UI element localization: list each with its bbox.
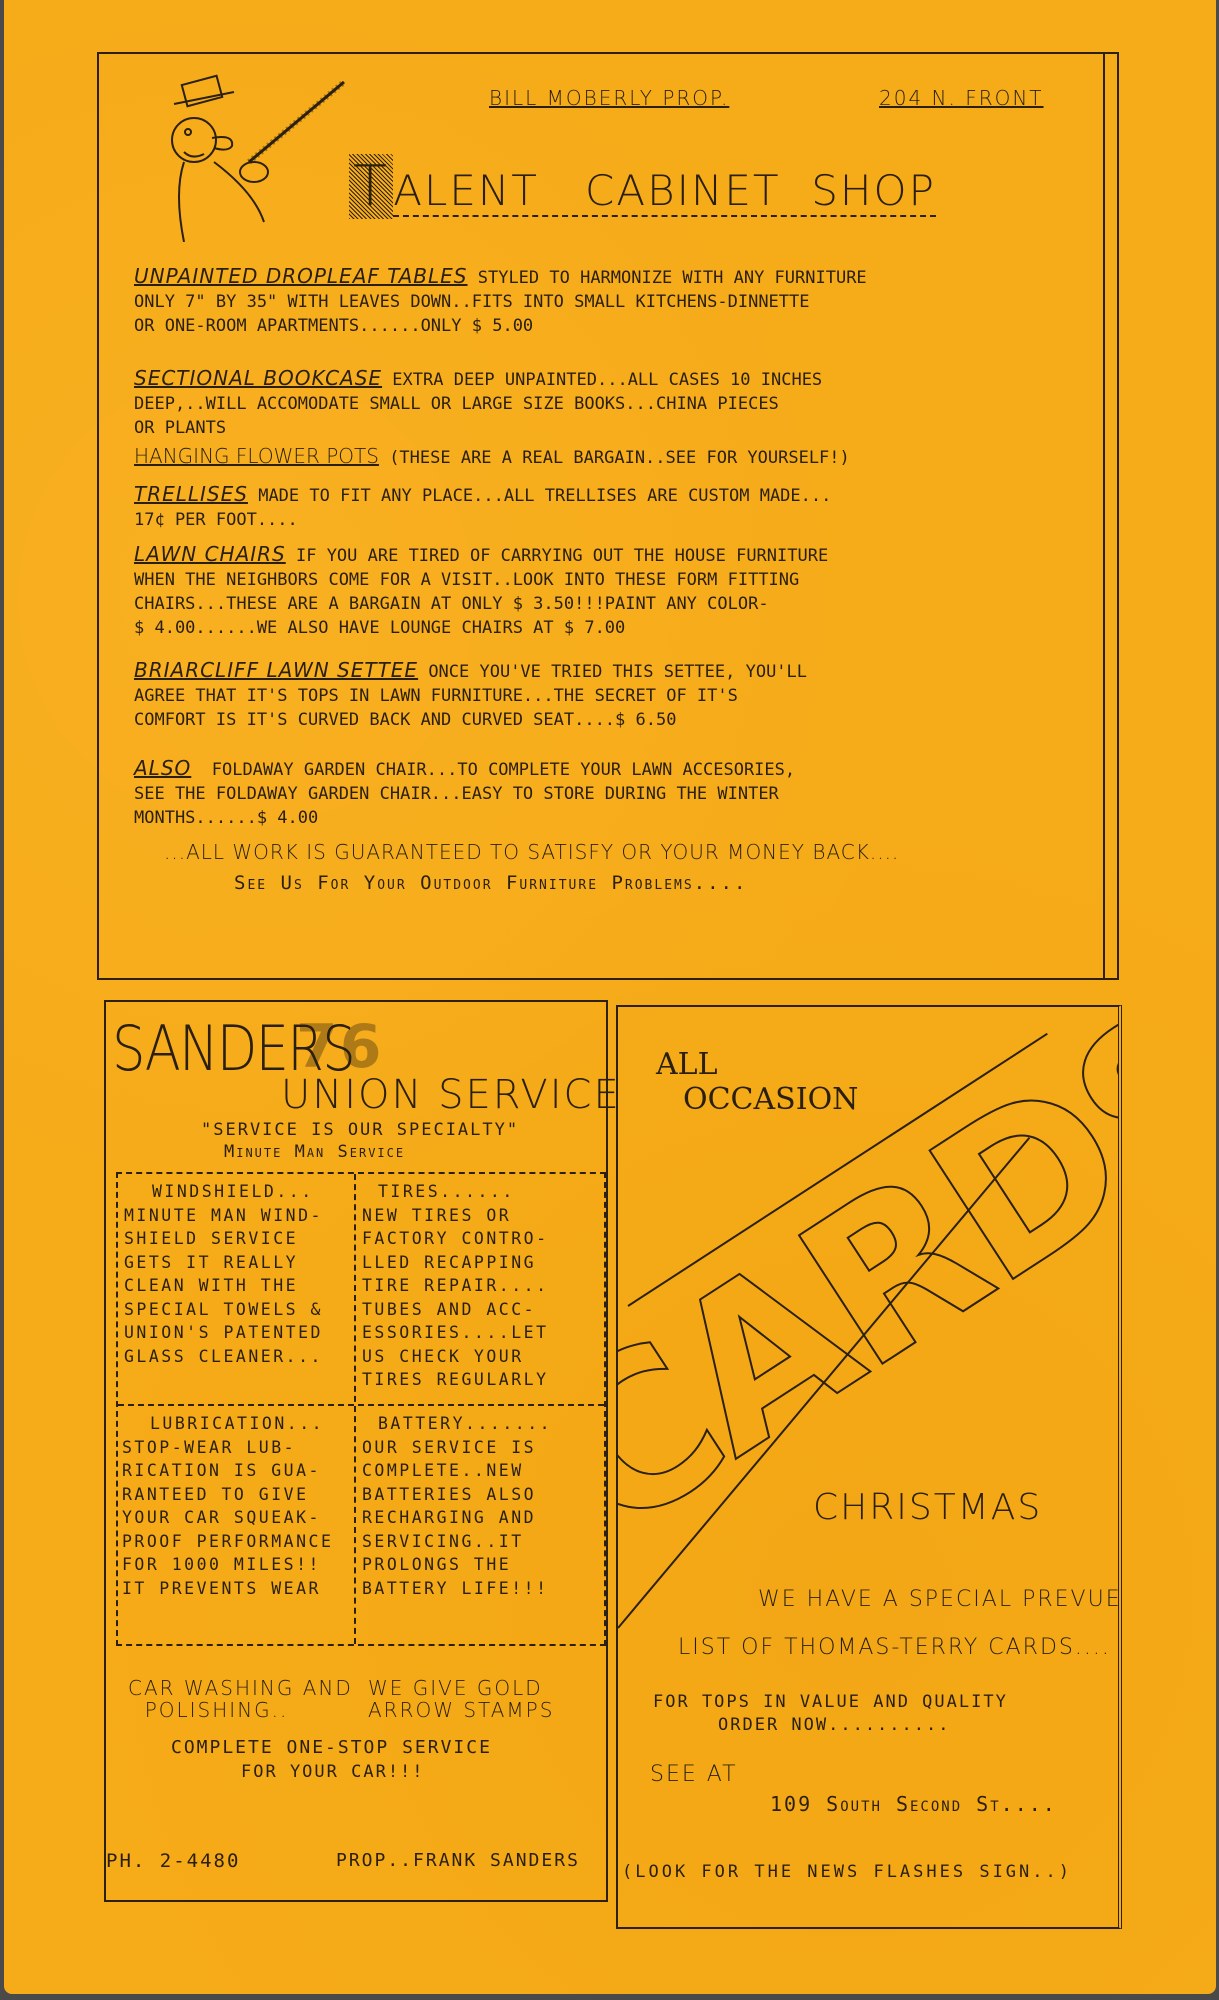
cabinet-shop-ad: BILL MOBERLY PROP. 204 N. FRONT TALENT C… — [97, 52, 1119, 980]
proprietor-name: BILL MOBERLY PROP. — [489, 86, 729, 110]
sanders-tagline: Minute Man Service — [224, 1142, 405, 1162]
item-sectional-bookcase: SECTIONAL BOOKCASE EXTRA DEEP UNPAINTED.… — [134, 366, 1124, 440]
one-stop-text: COMPLETE ONE-STOP SERVICE — [171, 1737, 492, 1758]
flyer-page: BILL MOBERLY PROP. 204 N. FRONT TALENT C… — [4, 0, 1216, 1994]
prevue-line-1: WE HAVE A SPECIAL PREVUE — [758, 1587, 1122, 1612]
gold-arrow-stamps-text: WE GIVE GOLD ARROW STAMPS — [368, 1677, 554, 1721]
product-list: UNPAINTED DROPLEAF TABLES STYLED TO HARM… — [134, 264, 1124, 894]
cards-ad: ALL OCCASION CARDS CHRISTMAS WE HAVE A S… — [616, 1005, 1122, 1929]
all-label: ALL — [656, 1047, 718, 1082]
shop-address: 204 N. FRONT — [879, 86, 1044, 110]
christmas-label: CHRISTMAS — [813, 1487, 1042, 1528]
sanders-slogan: "SERVICE IS OUR SPECIALTY" — [201, 1120, 519, 1140]
service-windshield: WINDSHIELD... MINUTE MAN WIND- SHIELD SE… — [124, 1180, 323, 1368]
union-service-title: UNION SERVICE — [281, 1072, 621, 1118]
service-lubrication: LUBRICATION... STOP-WEAR LUB- RICATION I… — [122, 1412, 333, 1600]
item-garden-chair: ALSO FOLDAWAY GARDEN CHAIR...TO COMPLETE… — [134, 756, 1124, 830]
item-trellises: TRELLISES MADE TO FIT ANY PLACE...ALL TR… — [134, 482, 1124, 532]
shop-title: TALENT CABINET SHOP — [349, 154, 936, 219]
tops-line-1: FOR TOPS IN VALUE AND QUALITY — [653, 1692, 1008, 1712]
news-flashes-note: (LOOK FOR THE NEWS FLASHES SIGN..) — [622, 1862, 1072, 1882]
item-hanging-flower-pots: HANGING FLOWER POTS (THESE ARE A REAL BA… — [134, 444, 1124, 470]
title-initial: T — [349, 154, 393, 219]
service-battery: BATTERY....... OUR SERVICE IS COMPLETE..… — [362, 1412, 552, 1600]
cards-address: 109 South Second St.... — [770, 1792, 1057, 1816]
item-lawn-settee: BRIARCLIFF LAWN SETTEE ONCE YOU'VE TRIED… — [134, 658, 1124, 732]
services-grid: WINDSHIELD... MINUTE MAN WIND- SHIELD SE… — [116, 1172, 606, 1646]
sanders-proprietor: PROP..FRANK SANDERS — [336, 1850, 580, 1871]
title-rest: ALENT CABINET SHOP — [393, 166, 936, 217]
one-stop-text-2: FOR YOUR CAR!!! — [241, 1762, 425, 1782]
car-washing-text: CAR WASHING AND POLISHING.. — [128, 1677, 353, 1721]
occasion-label: OCCASION — [683, 1082, 858, 1117]
guarantee-text: ...ALL WORK IS GUARANTEED TO SATISFY OR … — [134, 840, 1124, 864]
tops-line-2: ORDER NOW.......... — [718, 1715, 950, 1735]
see-at-label: SEE AT — [650, 1762, 738, 1787]
sanders-service-ad: SANDERS 76 UNION SERVICE "SERVICE IS OUR… — [104, 1000, 608, 1902]
prevue-line-2: LIST OF THOMAS-TERRY CARDS.... — [678, 1635, 1111, 1660]
closing-text: See Us For Your Outdoor Furniture Proble… — [134, 872, 1124, 894]
service-tires: TIRES...... NEW TIRES OR FACTORY CONTRO-… — [362, 1180, 549, 1392]
item-lawn-chairs: LAWN CHAIRS IF YOU ARE TIRED OF CARRYING… — [134, 542, 1124, 640]
item-dropleaf-tables: UNPAINTED DROPLEAF TABLES STYLED TO HARM… — [134, 264, 1124, 338]
sanders-phone: PH. 2-4480 — [106, 1850, 240, 1872]
